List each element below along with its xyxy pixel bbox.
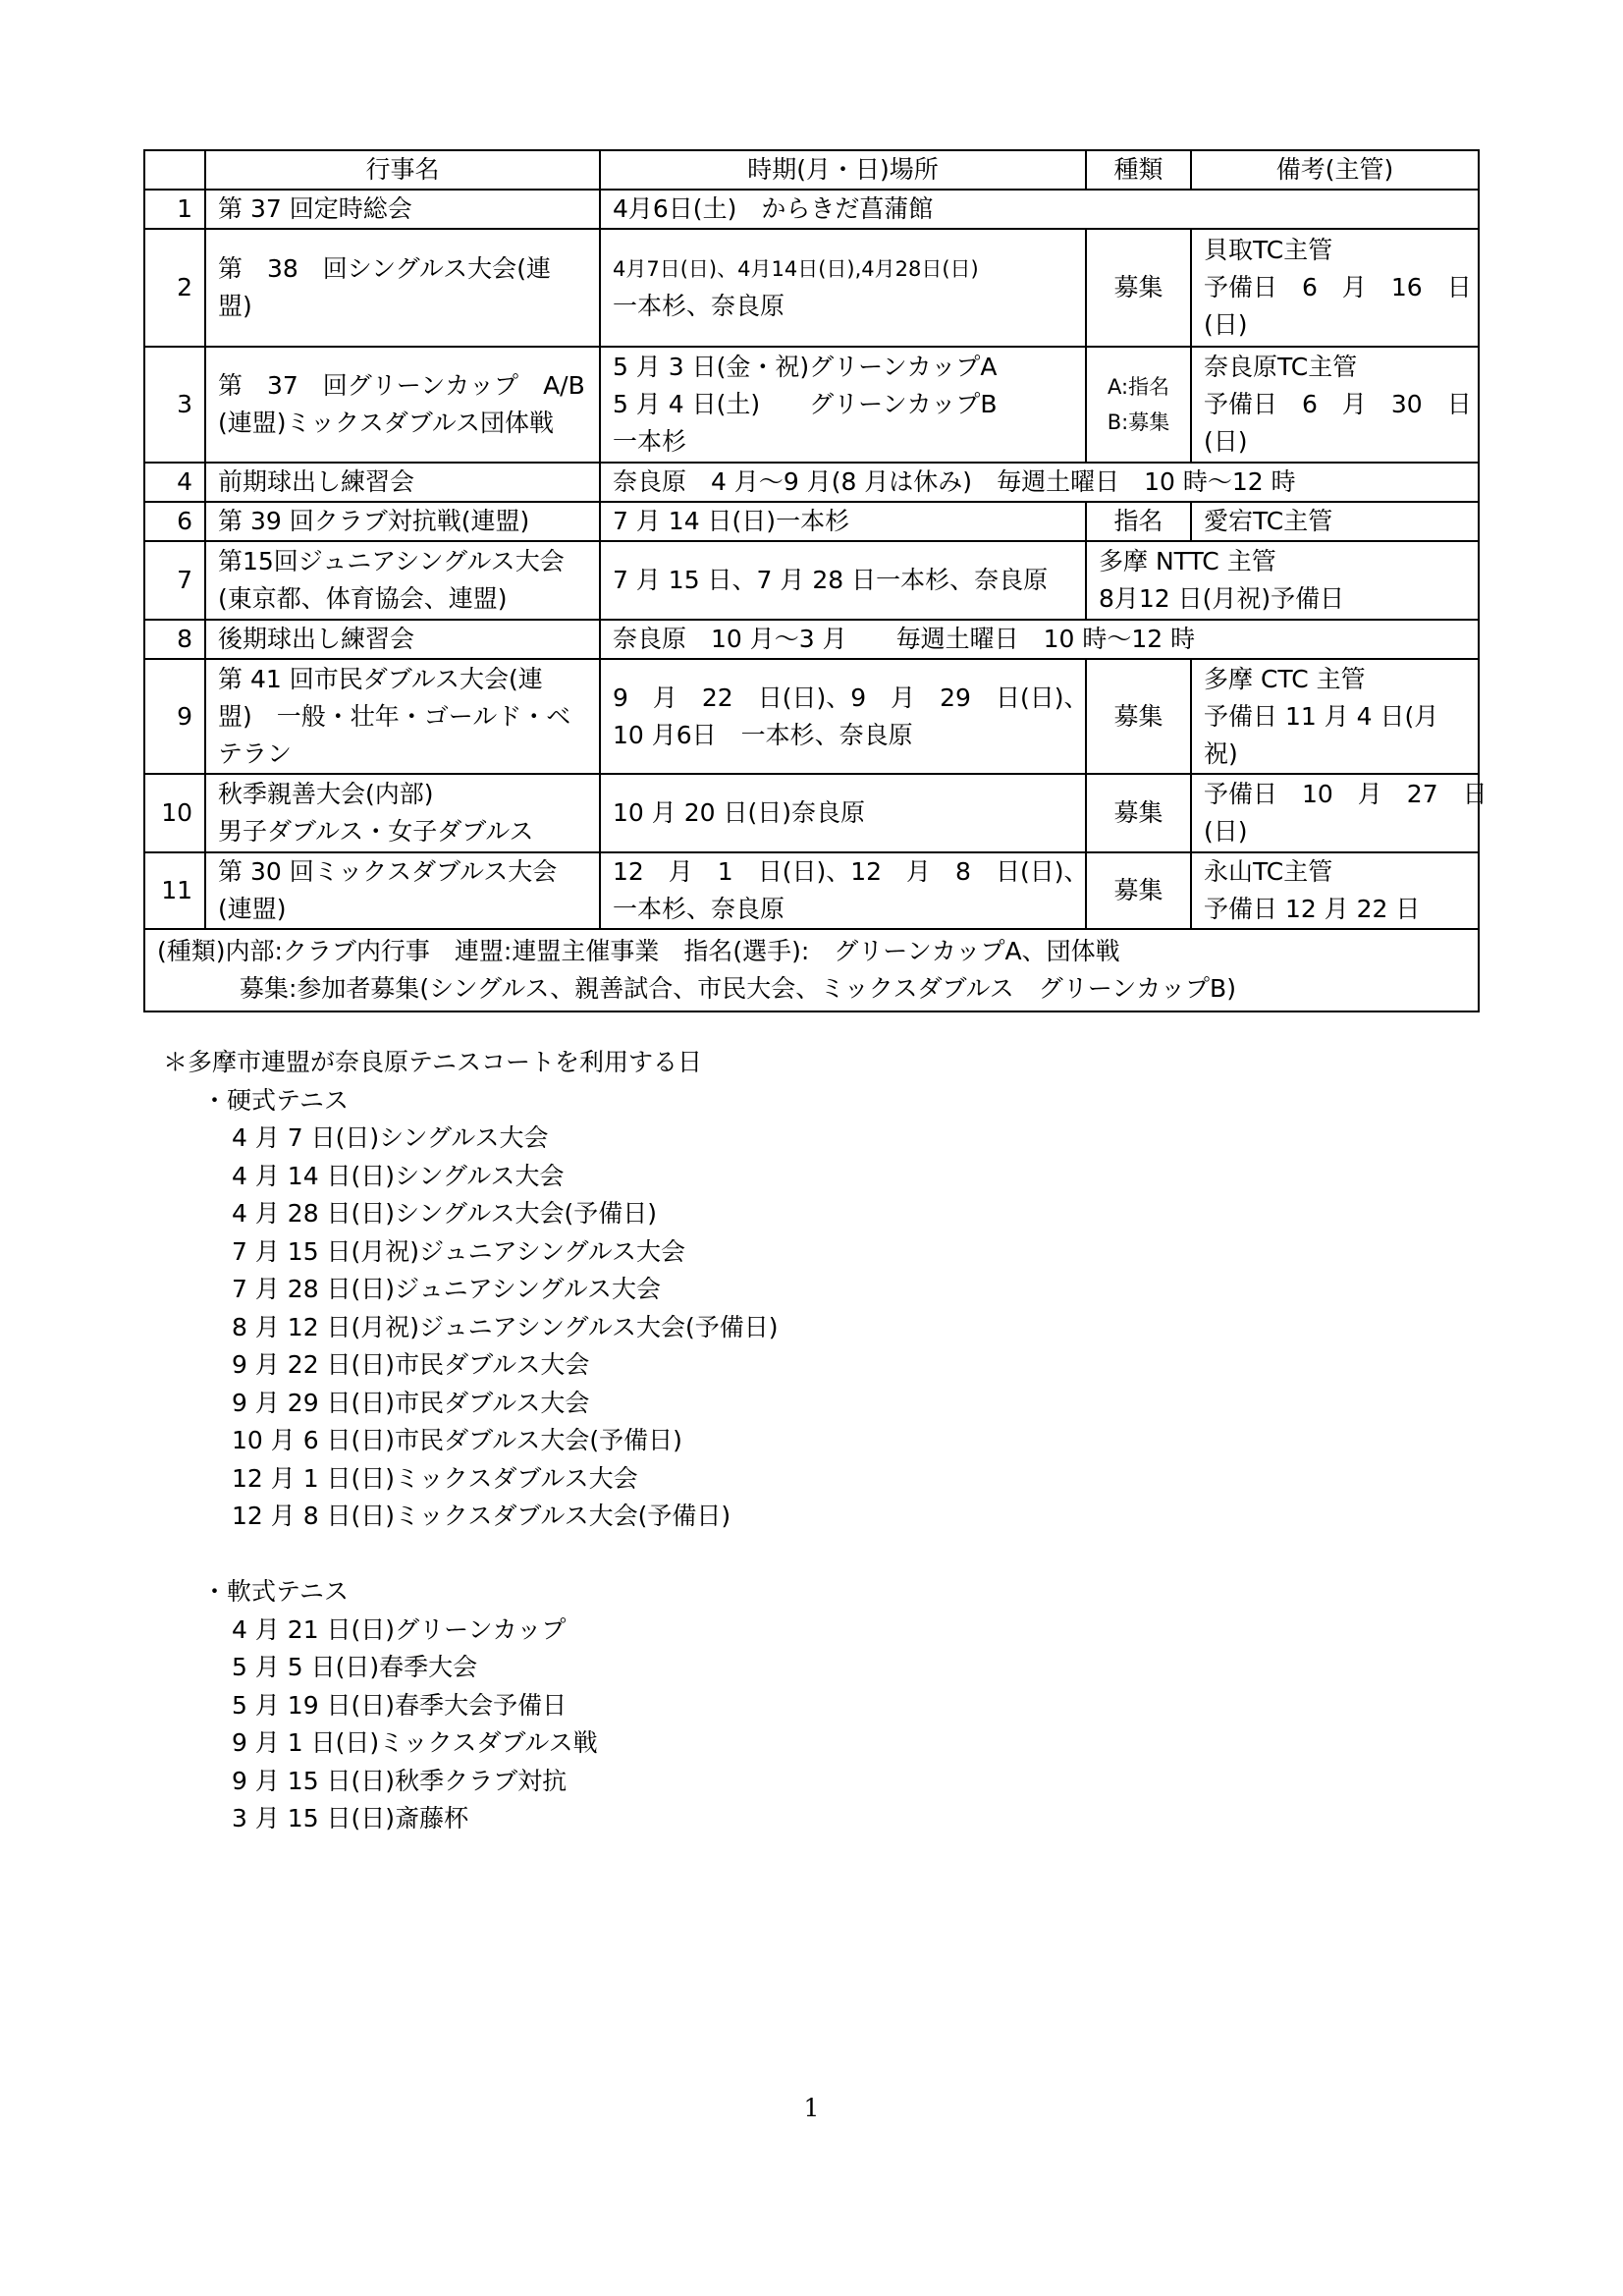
- event-name: 第 37 回定時総会: [205, 190, 600, 229]
- event-name: 第 39 回クラブ対抗戦(連盟): [205, 502, 600, 541]
- note: 永山TC主管 予備日 12 月 22 日: [1191, 852, 1479, 929]
- note: 多摩 NTTC 主管 8月12 日(月祝)予備日: [1086, 541, 1479, 620]
- row-number: 1: [144, 190, 205, 229]
- table-row: 1 第 37 回定時総会 4月6日(土) からきだ菖蒲館: [144, 190, 1479, 229]
- event-name: 後期球出し練習会: [205, 620, 600, 659]
- date-place: 奈良原 4 月～9 月(8 月は休み) 毎週土曜日 10 時～12 時: [600, 463, 1479, 502]
- date-place: 7 月 14 日(日)一本杉: [600, 502, 1086, 541]
- date-place: 10 月 20 日(日)奈良原: [600, 774, 1086, 852]
- list-item: 5 月 5 日(日)春季大会: [232, 1649, 778, 1687]
- list-item: 10 月 6 日(日)市民ダブルス大会(予備日): [232, 1422, 778, 1460]
- list-item: 9 月 29 日(日)市民ダブルス大会: [232, 1385, 778, 1423]
- table-row: 11 第 30 回ミックスダブルス大会 (連盟) 12 月 1 日(日)、12 …: [144, 852, 1479, 929]
- date-place: 7 月 15 日、7 月 28 日一本杉、奈良原: [600, 541, 1086, 620]
- list-item: 8 月 12 日(月祝)ジュニアシングルス大会(予備日): [232, 1309, 778, 1347]
- event-name: 前期球出し練習会: [205, 463, 600, 502]
- table-legend-row: (種類)内部:クラブ内行事 連盟:連盟主催事業 指名(選手): グリーンカップA…: [144, 929, 1479, 1011]
- legend-line: 募集:参加者募集(シングルス、親善試合、市民大会、ミックスダブルス グリーンカッ…: [157, 970, 1466, 1008]
- row-number: 7: [144, 541, 205, 620]
- document-page: 行事名 時期(月・日)場所 種類 備考(主管) 1 第 37 回定時総会 4月6…: [0, 0, 1623, 2296]
- list-item: 4 月 7 日(日)シングルス大会: [232, 1120, 778, 1158]
- date-place: 12 月 1 日(日)、12 月 8 日(日)、 一本杉、奈良原: [600, 852, 1086, 929]
- list-item: 7 月 15 日(月祝)ジュニアシングルス大会: [232, 1233, 778, 1272]
- header-no: [144, 150, 205, 190]
- section-title-soft-tennis: ・軟式テニス: [202, 1573, 778, 1612]
- list-item: 5 月 19 日(日)春季大会予備日: [232, 1687, 778, 1725]
- table-header-row: 行事名 時期(月・日)場所 種類 備考(主管): [144, 150, 1479, 190]
- date-place: 5 月 3 日(金・祝)グリーンカップA 5 月 4 日(土) グリーンカップB…: [600, 347, 1086, 463]
- event-type: 募集: [1086, 659, 1191, 774]
- note: 多摩 CTC 主管 予備日 11 月 4 日(月 祝): [1191, 659, 1479, 774]
- table-row: 7 第15回ジュニアシングルス大会 (東京都、体育協会、連盟) 7 月 15 日…: [144, 541, 1479, 620]
- notes-heading: ＊多摩市連盟が奈良原テニスコートを利用する日: [163, 1044, 778, 1082]
- row-number: 4: [144, 463, 205, 502]
- event-type: 募集: [1086, 229, 1191, 347]
- row-number: 11: [144, 852, 205, 929]
- header-date-place: 時期(月・日)場所: [600, 150, 1086, 190]
- header-event-name: 行事名: [205, 150, 600, 190]
- note: 貝取TC主管 予備日 6 月 16 日 (日): [1191, 229, 1479, 347]
- list-item: 4 月 21 日(日)グリーンカップ: [232, 1612, 778, 1650]
- table-row: 6 第 39 回クラブ対抗戦(連盟) 7 月 14 日(日)一本杉 指名 愛宕T…: [144, 502, 1479, 541]
- row-number: 3: [144, 347, 205, 463]
- event-name: 第 30 回ミックスダブルス大会 (連盟): [205, 852, 600, 929]
- court-usage-notes: ＊多摩市連盟が奈良原テニスコートを利用する日 ・硬式テニス 4 月 7 日(日)…: [163, 1044, 778, 1838]
- list-item: 9 月 1 日(日)ミックスダブルス戦: [232, 1724, 778, 1763]
- list-item: 12 月 8 日(日)ミックスダブルス大会(予備日): [232, 1498, 778, 1536]
- row-number: 9: [144, 659, 205, 774]
- table-row: 3 第 37 回グリーンカップ A/B (連盟)ミックスダブルス団体戦 5 月 …: [144, 347, 1479, 463]
- list-item: 7 月 28 日(日)ジュニアシングルス大会: [232, 1271, 778, 1309]
- list-item: 4 月 28 日(日)シングルス大会(予備日): [232, 1195, 778, 1233]
- row-number: 8: [144, 620, 205, 659]
- table-row: 8 後期球出し練習会 奈良原 10 月～3 月 毎週土曜日 10 時～12 時: [144, 620, 1479, 659]
- table-row: 4 前期球出し練習会 奈良原 4 月～9 月(8 月は休み) 毎週土曜日 10 …: [144, 463, 1479, 502]
- date-place: 4月7日(日)、4月14日(日),4月28日(日) 一本杉、奈良原: [600, 229, 1086, 347]
- event-name: 第 37 回グリーンカップ A/B (連盟)ミックスダブルス団体戦: [205, 347, 600, 463]
- page-number: 1: [0, 2094, 1623, 2122]
- table-row: 10 秋季親善大会(内部) 男子ダブルス・女子ダブルス 10 月 20 日(日)…: [144, 774, 1479, 852]
- date-place: 4月6日(土) からきだ菖蒲館: [600, 190, 1479, 229]
- note: 予備日 10 月 27 日 (日): [1191, 774, 1479, 852]
- note: 愛宕TC主管: [1191, 502, 1479, 541]
- list-item: 4 月 14 日(日)シングルス大会: [232, 1158, 778, 1196]
- type-legend: (種類)内部:クラブ内行事 連盟:連盟主催事業 指名(選手): グリーンカップA…: [144, 929, 1479, 1011]
- event-name: 第15回ジュニアシングルス大会 (東京都、体育協会、連盟): [205, 541, 600, 620]
- event-type: 募集: [1086, 774, 1191, 852]
- header-note: 備考(主管): [1191, 150, 1479, 190]
- row-number: 6: [144, 502, 205, 541]
- event-name: 秋季親善大会(内部) 男子ダブルス・女子ダブルス: [205, 774, 600, 852]
- section-spacer: [163, 1536, 778, 1574]
- event-schedule-table: 行事名 時期(月・日)場所 種類 備考(主管) 1 第 37 回定時総会 4月6…: [143, 149, 1480, 1012]
- list-item: 3 月 15 日(日)斎藤杯: [232, 1800, 778, 1838]
- note: 奈良原TC主管 予備日 6 月 30 日 (日): [1191, 347, 1479, 463]
- event-type: 指名: [1086, 502, 1191, 541]
- event-type: 募集: [1086, 852, 1191, 929]
- list-item: 12 月 1 日(日)ミックスダブルス大会: [232, 1460, 778, 1499]
- section-title-hard-tennis: ・硬式テニス: [202, 1082, 778, 1121]
- legend-line: (種類)内部:クラブ内行事 連盟:連盟主催事業 指名(選手): グリーンカップA…: [157, 933, 1466, 970]
- table-row: 2 第 38 回シングルス大会(連 盟) 4月7日(日)、4月14日(日),4月…: [144, 229, 1479, 347]
- list-item: 9 月 22 日(日)市民ダブルス大会: [232, 1346, 778, 1385]
- row-number: 2: [144, 229, 205, 347]
- event-name: 第 38 回シングルス大会(連 盟): [205, 229, 600, 347]
- date-place: 9 月 22 日(日)、9 月 29 日(日)、 10 月6日 一本杉、奈良原: [600, 659, 1086, 774]
- event-name: 第 41 回市民ダブルス大会(連 盟) 一般・壮年・ゴールド・ベ テラン: [205, 659, 600, 774]
- table-row: 9 第 41 回市民ダブルス大会(連 盟) 一般・壮年・ゴールド・ベ テラン 9…: [144, 659, 1479, 774]
- row-number: 10: [144, 774, 205, 852]
- header-type: 種類: [1086, 150, 1191, 190]
- date-place: 奈良原 10 月～3 月 毎週土曜日 10 時～12 時: [600, 620, 1479, 659]
- list-item: 9 月 15 日(日)秋季クラブ対抗: [232, 1763, 778, 1801]
- event-type: A:指名 B:募集: [1086, 347, 1191, 463]
